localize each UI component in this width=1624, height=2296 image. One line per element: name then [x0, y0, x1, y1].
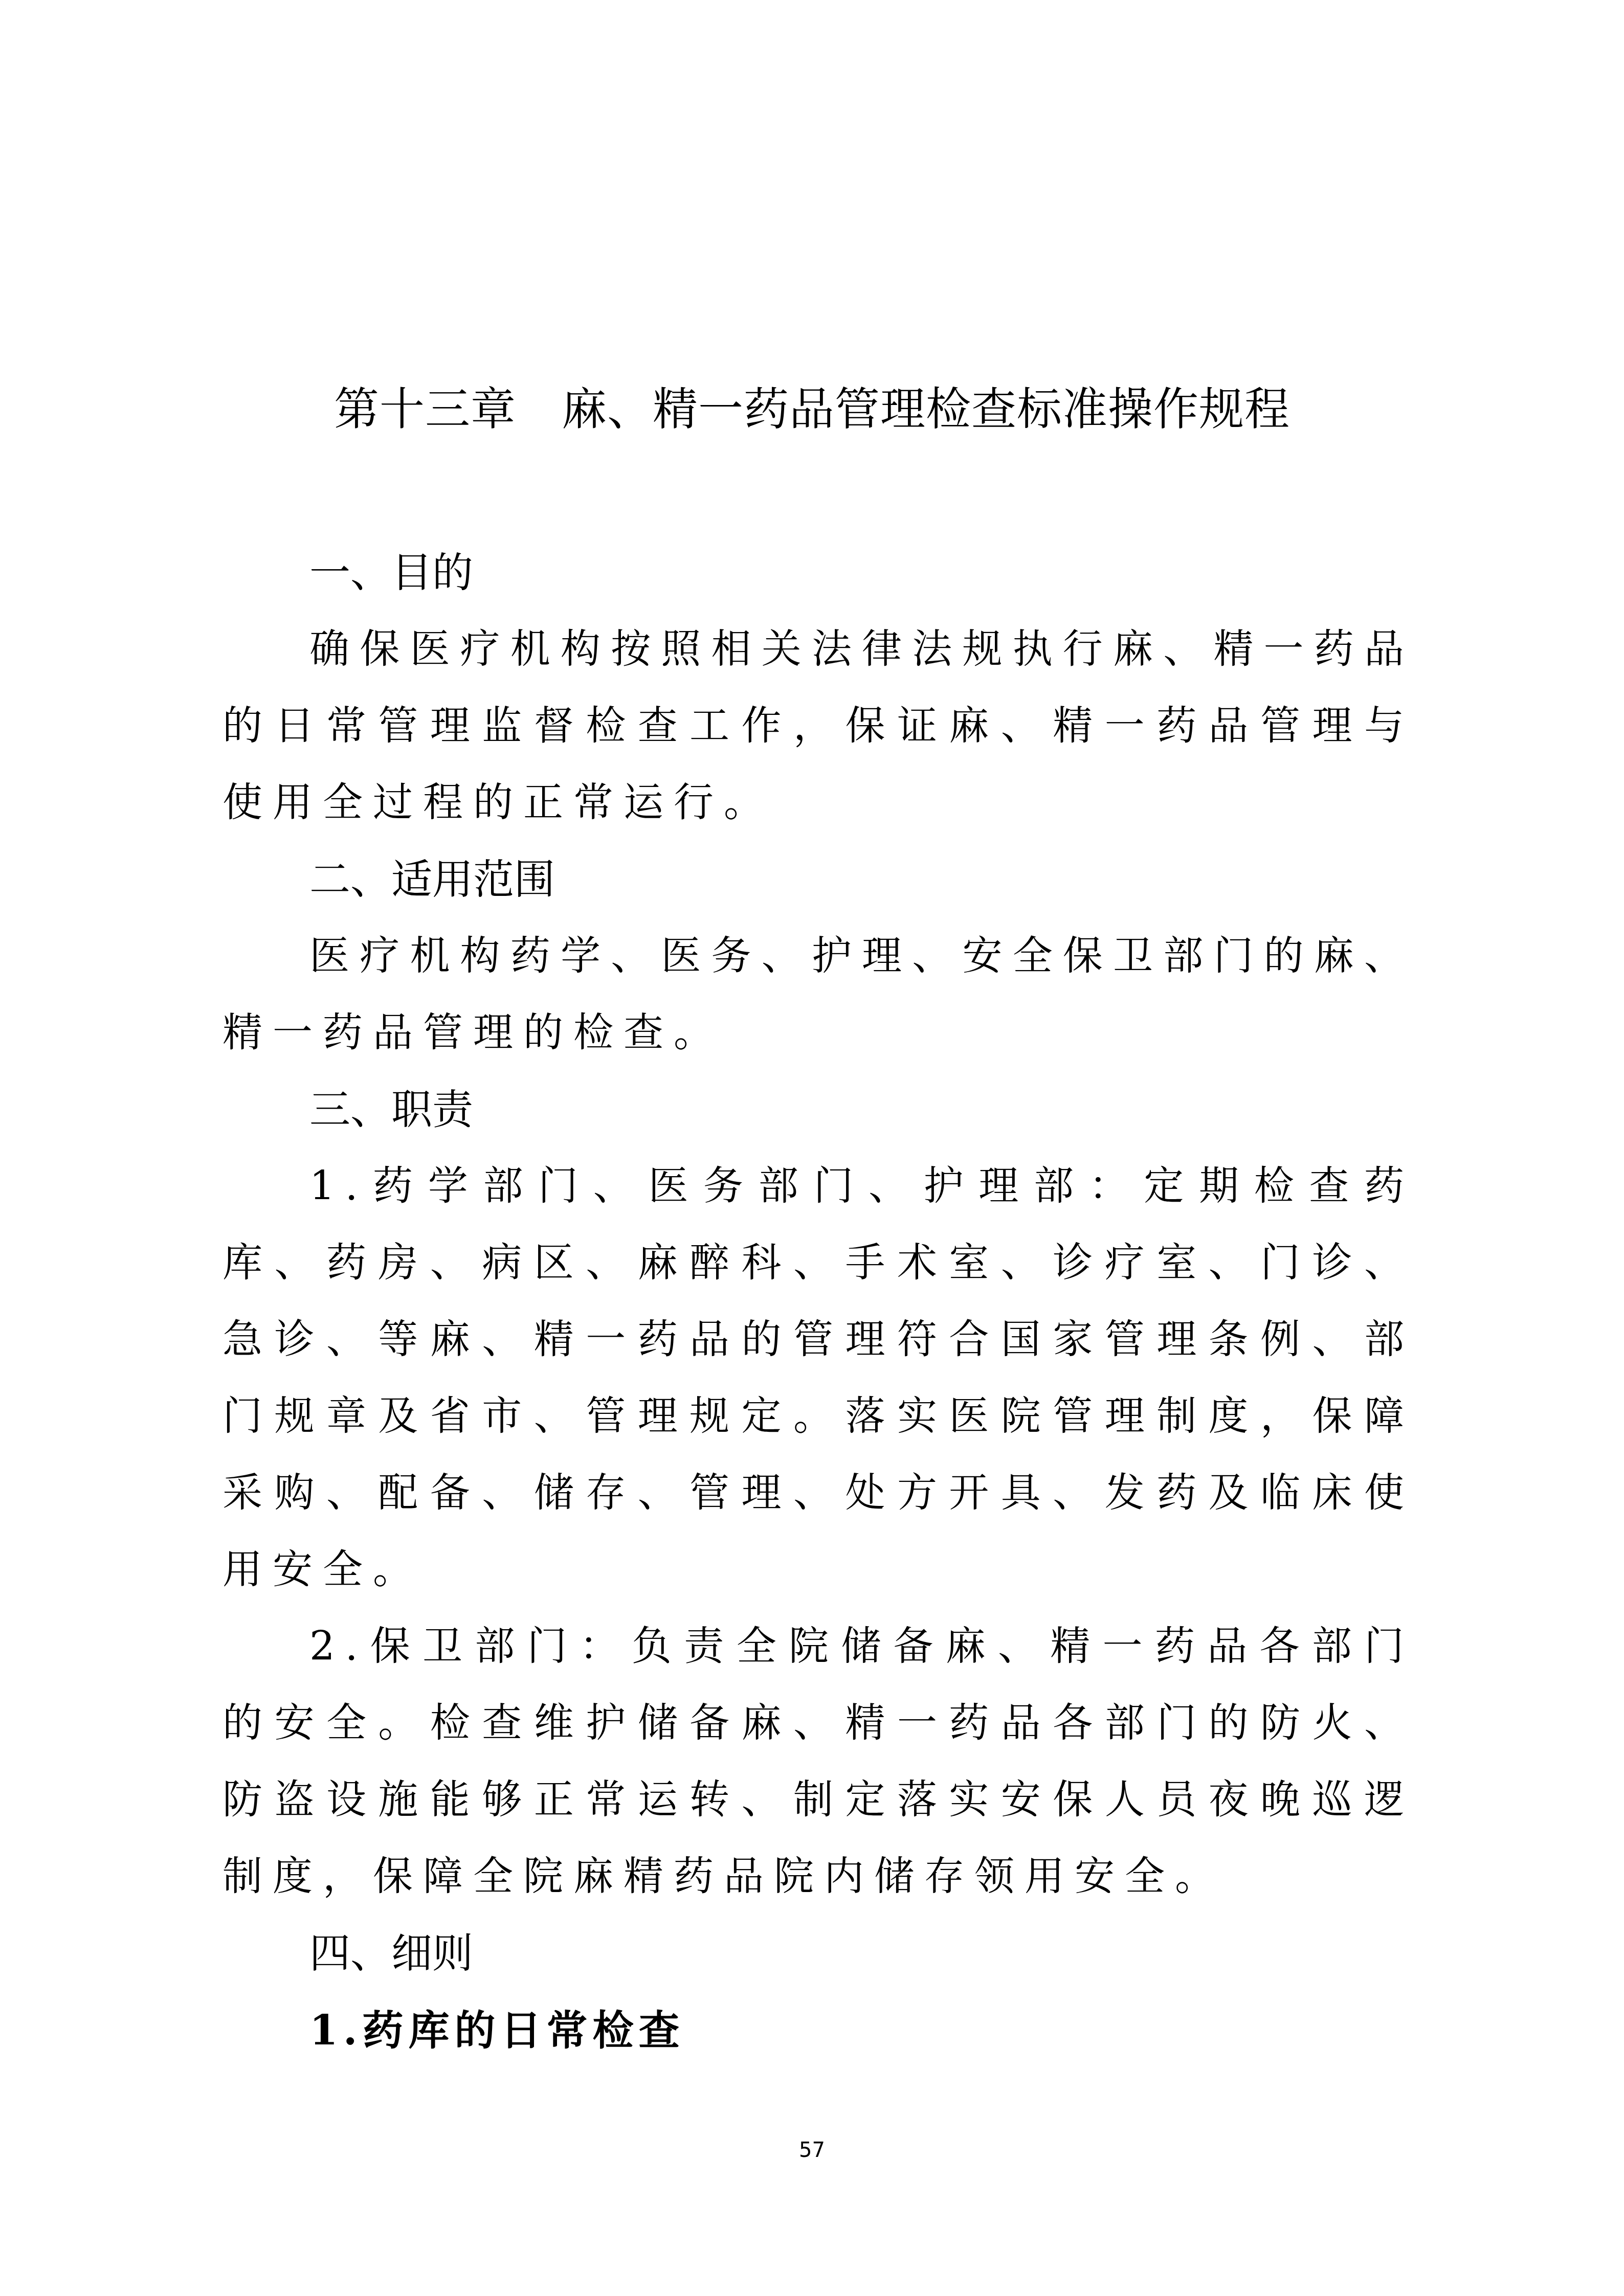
document-body: 一、目的 确保医疗机构按照相关法律法规执行麻、精一药品的日常管理监督检查工作，保…: [223, 534, 1414, 2068]
paragraph-purpose: 确保医疗机构按照相关法律法规执行麻、精一药品的日常管理监督检查工作，保证麻、精一…: [223, 611, 1414, 841]
section-heading-responsibilities: 三、职责: [223, 1071, 1414, 1148]
section-heading-scope: 二、适用范围: [223, 841, 1414, 918]
section-heading-purpose: 一、目的: [223, 534, 1414, 611]
section-heading-details: 四、细则: [223, 1915, 1414, 1992]
subheading-warehouse-inspection: 1.药库的日常检查: [223, 1992, 1414, 2068]
paragraph-responsibility-security: 2.保卫部门：负责全院储备麻、精一药品各部门的安全。检查维护储备麻、精一药品各部…: [223, 1608, 1414, 1915]
page-number: 57: [0, 2135, 1624, 2166]
chapter-title: 第十三章 麻、精一药品管理检查标准操作规程: [0, 376, 1624, 442]
paragraph-responsibility-pharmacy: 1.药学部门、医务部门、护理部：定期检查药库、药房、病区、麻醉科、手术室、诊疗室…: [223, 1148, 1414, 1608]
paragraph-scope: 医疗机构药学、医务、护理、安全保卫部门的麻、精一药品管理的检查。: [223, 918, 1414, 1071]
document-page: 第十三章 麻、精一药品管理检查标准操作规程 一、目的 确保医疗机构按照相关法律法…: [0, 0, 1624, 2296]
